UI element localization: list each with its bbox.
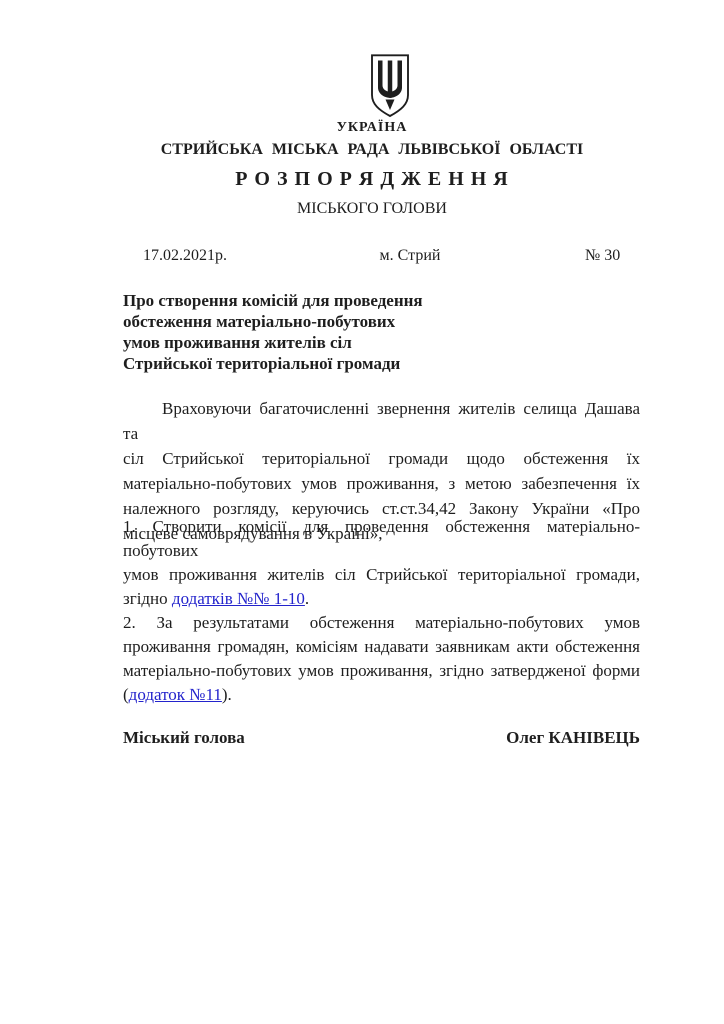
item-1-line: 1. Створити комісії для проведення обсте… xyxy=(123,515,640,563)
appendix-1-10-link[interactable]: додатків №№ 1-10 xyxy=(172,589,305,608)
document-date: 17.02.2021р. xyxy=(143,247,227,265)
item-2-line: 2. За результатами обстеження матеріальн… xyxy=(123,611,640,635)
appendix-11-link[interactable]: додаток №11 xyxy=(129,685,222,704)
preamble-line: Враховуючи багаточисленні звернення жите… xyxy=(123,396,640,446)
subject-line: Стрийської територіальної громади xyxy=(123,353,463,374)
item-1-link-suffix: . xyxy=(305,589,309,608)
country-name: УКРАЇНА xyxy=(20,120,724,136)
item-1-line: умов проживання жителів сіл Стрийської т… xyxy=(123,563,640,587)
signer-title: Міський голова xyxy=(123,728,245,748)
document-number: № 30 xyxy=(585,247,620,265)
document-place: м. Стрий xyxy=(330,247,490,265)
item-2-line: (додаток №11). xyxy=(123,683,640,707)
item-1-link-prefix: згідно xyxy=(123,589,172,608)
preamble-line: сіл Стрийської територіальної громади що… xyxy=(123,446,640,471)
document-issuer: МІСЬКОГО ГОЛОВИ xyxy=(20,200,724,218)
item-2-link-suffix: ). xyxy=(222,685,232,704)
document-page: УКРАЇНА СТРИЙСЬКА МІСЬКА РАДА ЛЬВІВСЬКОЇ… xyxy=(0,0,724,1024)
preamble-line: матеріально-побутових умов проживання, з… xyxy=(123,471,640,496)
subject-block: Про створення комісій для проведення обс… xyxy=(123,290,463,374)
ukraine-coat-of-arms-icon xyxy=(366,52,414,120)
subject-line: обстеження матеріально-побутових xyxy=(123,311,463,332)
council-name: СТРИЙСЬКА МІСЬКА РАДА ЛЬВІВСЬКОЇ ОБЛАСТІ xyxy=(20,141,724,159)
ordered-items: 1. Створити комісії для проведення обсте… xyxy=(123,515,640,707)
item-2-line: проживання громадян, комісіям надавати з… xyxy=(123,635,640,659)
subject-line: умов проживання жителів сіл xyxy=(123,332,463,353)
document-type-title: Р О З П О Р Я Д Ж Е Н Н Я xyxy=(20,168,724,191)
signature-row: Міський голова Олег КАНІВЕЦЬ xyxy=(123,728,640,748)
item-2-line: матеріально-побутових умов проживання, з… xyxy=(123,659,640,683)
subject-line: Про створення комісій для проведення xyxy=(123,290,463,311)
signer-name: Олег КАНІВЕЦЬ xyxy=(506,728,640,748)
item-1-line: згідно додатків №№ 1-10. xyxy=(123,587,640,611)
